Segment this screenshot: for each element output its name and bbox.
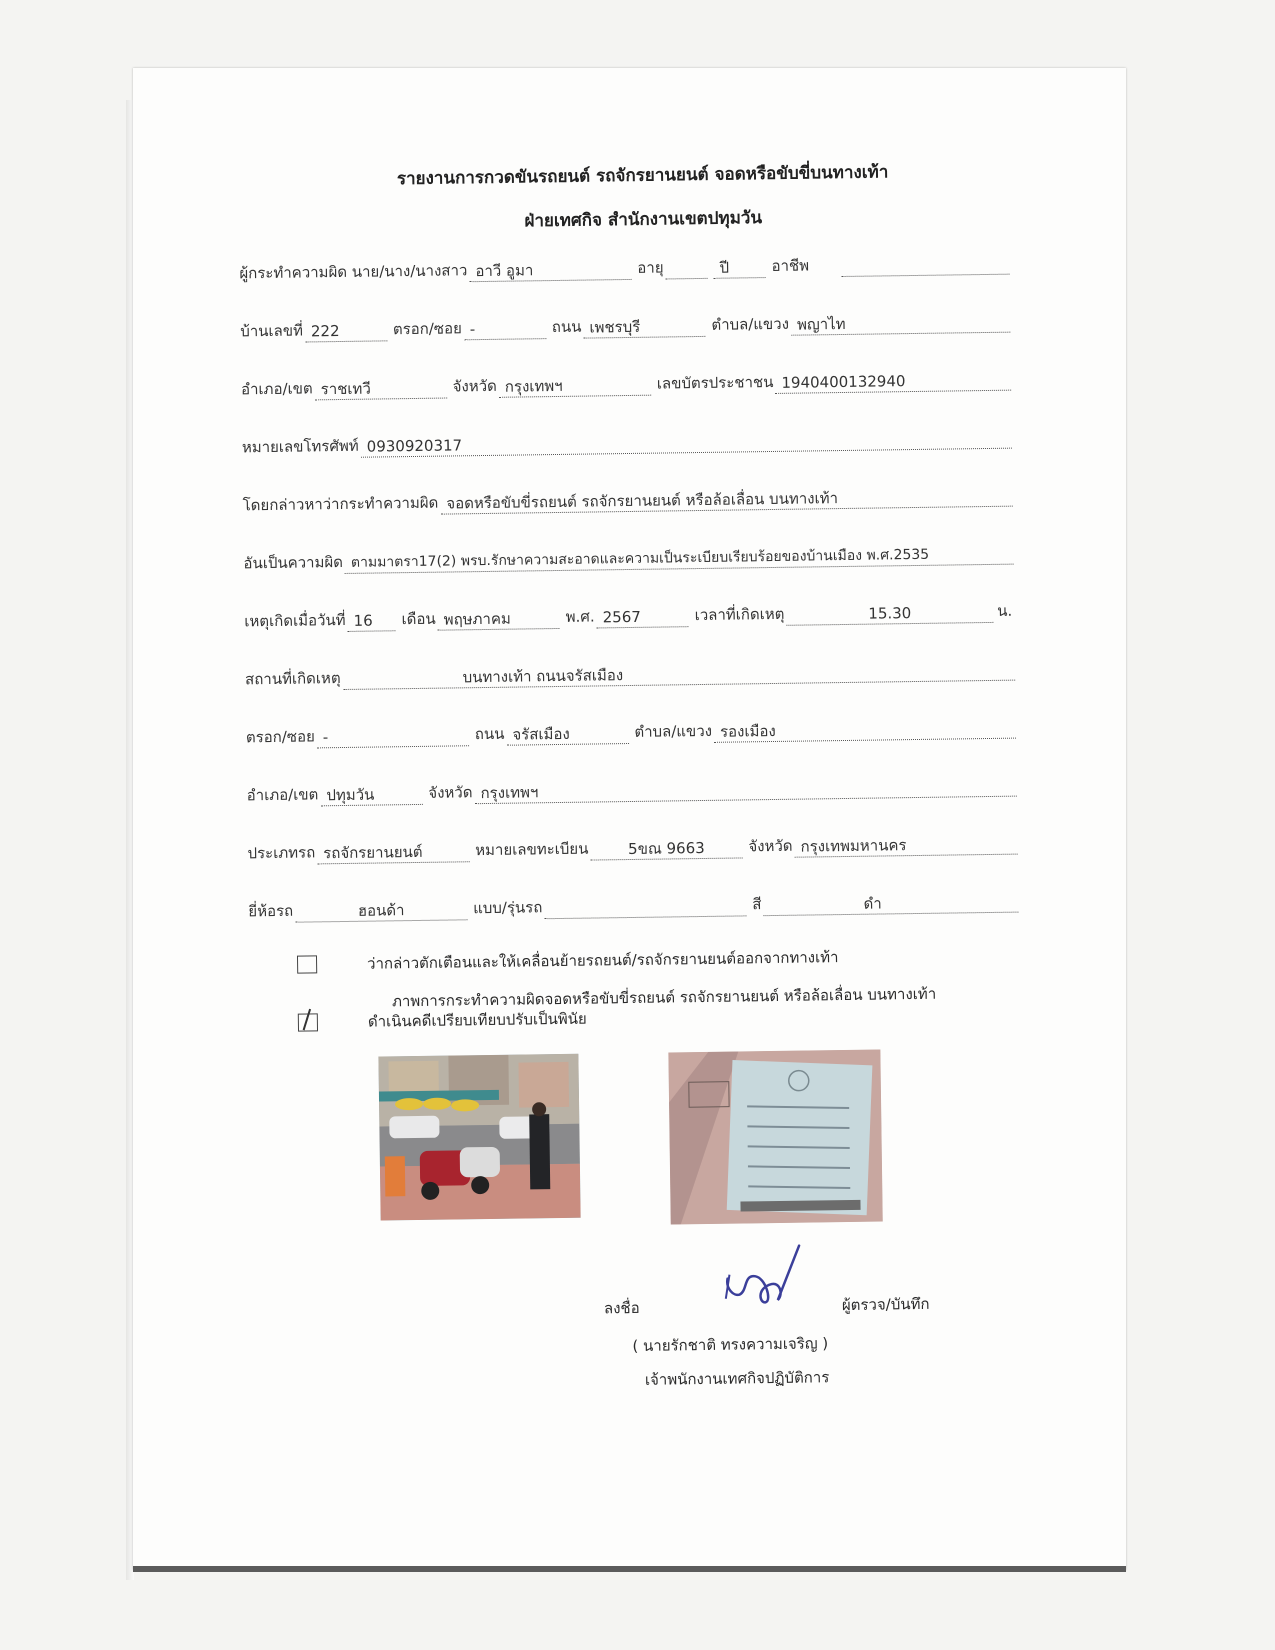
document-page: รายงานการกวดขันรถยนต์ รถจักรยานยนต์ จอดห… [133, 68, 1126, 1570]
place-row: สถานที่เกิดเหตุ บนทางเท้า ถนนจรัสเมือง [245, 655, 1015, 692]
warn-checkbox[interactable] [297, 955, 317, 973]
fine-checkbox[interactable] [298, 1013, 318, 1031]
offender-row: ผู้กระทำความผิด นาย/นาง/นางสาว อาวี อูมา… [239, 249, 1009, 286]
district-label: อำเภอ/เขต [241, 376, 313, 401]
signature-role: ผู้ตรวจ/บันทึก [842, 1292, 930, 1317]
id-card-field[interactable]: 1940400132940 [775, 370, 1011, 394]
age-label: อายุ [637, 255, 664, 279]
road-field[interactable]: เพชรบุรี [583, 316, 705, 339]
road-label: ถนน [552, 315, 582, 339]
warn-label: ว่ากล่าวตักเตือนและให้เคลื่อนย้ายรถยนต์/… [367, 945, 839, 976]
sign-label: ลงชื่อ [604, 1296, 640, 1320]
subdistrict-field[interactable]: พญาไท [791, 312, 1010, 336]
officer-name: ( นายรักชาติ ทรงความเจริญ ) [632, 1331, 828, 1358]
province-field[interactable]: กรุงเทพฯ [499, 375, 651, 398]
day-field[interactable]: 16 [347, 610, 395, 632]
color-label: สี [752, 892, 761, 916]
occupation-label: อาชีพ [771, 253, 809, 278]
offender-name-label: ผู้กระทำความผิด นาย/นาง/นางสาว [239, 258, 467, 285]
violation-field[interactable]: ตามมาตรา17(2) พรบ.รักษาความสะอาดและความเ… [345, 544, 1014, 574]
year-unit-label: ปี [719, 259, 729, 277]
time-label: เวลาที่เกิดเหตุ [694, 602, 784, 627]
incident-soi-label: ตรอก/ซอย [246, 724, 315, 749]
page-bottom-edge [133, 1566, 1126, 1572]
accused-label: โดยกล่าวหาว่ากระทำความผิด [243, 491, 439, 518]
phone-label: หมายเลขโทรศัพท์ [242, 434, 359, 460]
photo-vehicle-registration-document [668, 1050, 882, 1225]
plate-province-label: จังหวัด [748, 834, 793, 859]
photo-motorcycles-on-sidewalk [378, 1054, 580, 1221]
incident-address-row-2: อำเภอ/เขต ปทุมวัน จังหวัด กรุงเทพฯ [247, 771, 1017, 808]
incident-date-row: เหตุเกิดเมื่อวันที่ 16 เดือน พฤษภาคม พ.ศ… [244, 597, 1014, 634]
month-field[interactable]: พฤษภาคม [438, 608, 560, 631]
be-year-field[interactable]: 2567 [597, 606, 689, 628]
incident-district-field[interactable]: ปทุมวัน [320, 784, 422, 806]
incident-soi-field[interactable]: - [317, 725, 469, 748]
plate-province-field[interactable]: กรุงเทพมหานคร [794, 834, 1017, 858]
offender-name-field[interactable]: อาวี อูมา [469, 259, 631, 282]
phone-field[interactable]: 0930920317 [361, 428, 1012, 458]
vehicle-row-1: ประเภทรถ รถจักรยานยนต์ หมายเลขทะเบียน 5ข… [247, 829, 1017, 866]
vehicle-type-label: ประเภทรถ [247, 840, 315, 865]
age-field[interactable] [665, 258, 707, 280]
accused-row: โดยกล่าวหาว่ากระทำความผิด จอดหรือขับขี่ร… [242, 481, 1012, 518]
phone-row: หมายเลขโทรศัพท์ 0930920317 [242, 423, 1012, 460]
violation-label: อันเป็นความผิด [243, 550, 343, 575]
year-unit-field: ปี [713, 257, 765, 279]
time-unit-label: น. [997, 599, 1012, 623]
plate-label: หมายเลขทะเบียน [475, 837, 589, 863]
plate-field[interactable]: 5ขณ 9663 [590, 837, 742, 860]
address-row-2: อำเภอ/เขต ราชเทวี จังหวัด กรุงเทพฯ เลขบั… [241, 365, 1011, 402]
color-field[interactable]: ดำ [763, 892, 1018, 917]
signature-mark [721, 1244, 802, 1315]
time-field[interactable]: 15.30 [786, 602, 993, 626]
month-label: เดือน [401, 607, 435, 631]
soi-field[interactable]: - [464, 318, 546, 340]
occupation-field[interactable] [841, 254, 1010, 277]
document-title: รายงานการกวดขันรถยนต์ รถจักรยานยนต์ จอดห… [126, 155, 1139, 196]
action-warn: ว่ากล่าวตักเตือนและให้เคลื่อนย้ายรถยนต์/… [297, 945, 839, 977]
subdistrict-label: ตำบล/แขวง [711, 312, 789, 337]
day-label: เหตุเกิดเมื่อวันที่ [244, 608, 346, 633]
province-label: จังหวัด [453, 374, 498, 399]
district-field[interactable]: ราชเทวี [315, 378, 447, 401]
incident-road-label: ถนน [475, 722, 505, 746]
brand-label: ยี่ห้อรถ [248, 899, 293, 924]
officer-title: เจ้าพนักงานเทศกิจปฏิบัติการ [645, 1365, 830, 1392]
brand-field[interactable]: ฮอนด้า [295, 899, 467, 922]
be-year-label: พ.ศ. [566, 604, 595, 628]
incident-road-field[interactable]: จรัสเมือง [506, 723, 628, 746]
id-card-label: เลขบัตรประชาชน [657, 370, 774, 396]
place-field[interactable]: บนทางเท้า ถนนจรัสเมือง [342, 660, 1015, 690]
vehicle-type-field[interactable]: รถจักรยานยนต์ [317, 841, 469, 864]
vehicle-row-2: ยี่ห้อรถ ฮอนด้า แบบ/รุ่นรถ สี ดำ [248, 887, 1018, 924]
model-field[interactable] [544, 895, 746, 919]
model-label: แบบ/รุ่นรถ [473, 895, 543, 920]
violation-row: อันเป็นความผิด ตามมาตรา17(2) พรบ.รักษาคว… [243, 539, 1013, 576]
incident-address-row-1: ตรอก/ซอย - ถนน จรัสเมือง ตำบล/แขวง รองเม… [246, 713, 1016, 750]
house-no-label: บ้านเลขที่ [240, 319, 303, 344]
accused-field[interactable]: จอดหรือขับขี่รถยนต์ รถจักรยานยนต์ หรือล้… [440, 486, 1013, 515]
incident-subdistrict-field[interactable]: รองเมือง [714, 718, 1016, 743]
incident-province-field[interactable]: กรุงเทพฯ [474, 776, 1016, 805]
photos-caption: ภาพการกระทำความผิดจอดหรือขับขี่รถยนต์ รถ… [137, 979, 1160, 1017]
incident-province-label: จังหวัด [428, 780, 473, 805]
house-no-field[interactable]: 222 [305, 320, 387, 342]
address-row-1: บ้านเลขที่ 222 ตรอก/ซอย - ถนน เพชรบุรี ต… [240, 307, 1010, 344]
incident-subdistrict-label: ตำบล/แขวง [634, 719, 712, 744]
soi-label: ตรอก/ซอย [393, 316, 462, 341]
place-label: สถานที่เกิดเหตุ [245, 666, 341, 691]
incident-district-label: อำเภอ/เขต [247, 782, 319, 807]
document-subtitle: ฝ่ายเทศกิจ สำนักงานเขตปทุมวัน [127, 199, 1140, 240]
